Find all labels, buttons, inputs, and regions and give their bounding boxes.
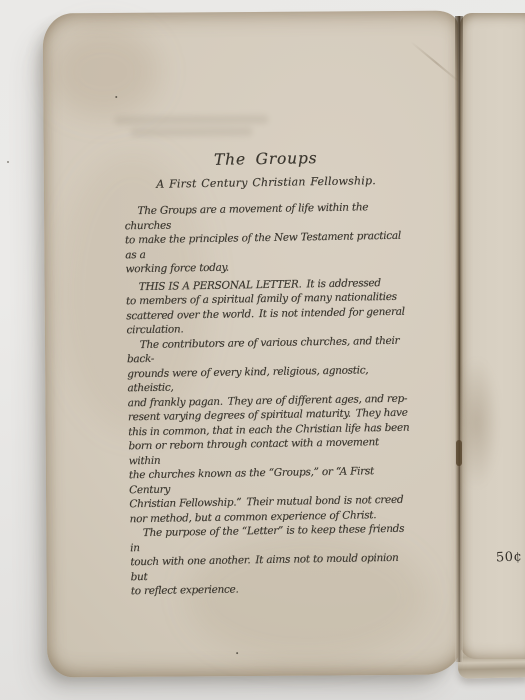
spine-crease — [455, 16, 463, 662]
page-subtitle: A First Century Christian Fellowship. — [124, 174, 408, 193]
main-page: The Groups A First Century Christian Fel… — [43, 11, 463, 678]
paper-speck — [236, 652, 238, 654]
paragraph-personal-letter: THIS IS A PERSONAL LETTER. It is address… — [126, 275, 411, 338]
paragraph-intro: The Groups are a movement of life within… — [124, 200, 409, 277]
paragraph-purpose: The purpose of the “Letter” is to keep t… — [130, 522, 415, 599]
facing-page: 50¢ — [460, 13, 525, 659]
paper-speck — [115, 96, 117, 98]
page-text: The Groups A First Century Christian Fel… — [124, 148, 415, 599]
paragraph-contributors: The contributors are of various churches… — [127, 333, 414, 526]
wrinkle-shading — [461, 333, 513, 513]
background-speck — [7, 161, 9, 163]
price-label: 50¢ — [496, 550, 523, 566]
page-title: The Groups — [124, 148, 408, 171]
photo-scene: 50¢ The Groups A First Century Christian… — [0, 0, 525, 700]
paper-stain — [49, 27, 160, 118]
show-through-smudge — [101, 112, 281, 149]
